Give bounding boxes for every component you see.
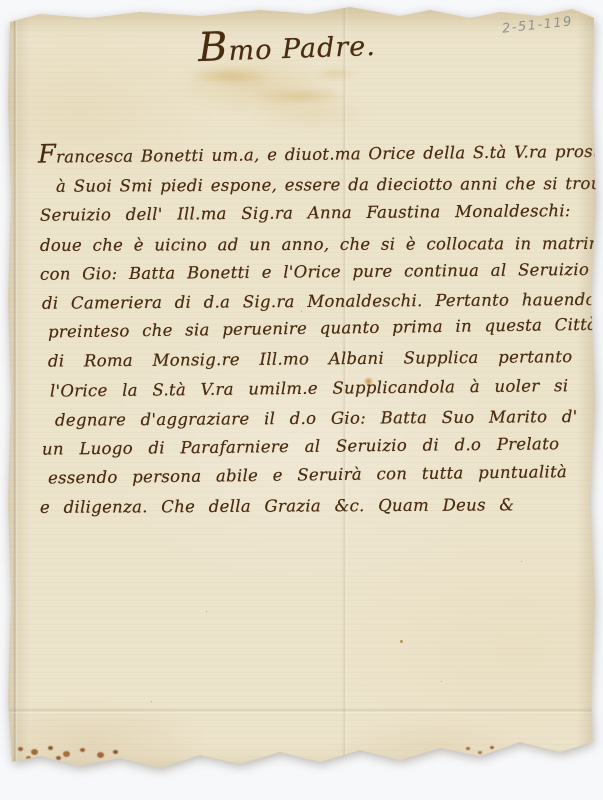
letter-heading: Bmo Padre.	[197, 19, 376, 71]
paper-specks	[400, 640, 403, 643]
letter-line-3: Seruizio dell' Ill.ma Sig.ra Anna Fausti…	[8, 196, 588, 230]
letter-line-9: l'Orice la S.tà V.ra umilm.e Supplicando…	[8, 371, 588, 406]
paper-shadow: Bmo Padre. 2-51-119 Francesca Bonetti um…	[0, 0, 603, 800]
letter-line-13: e diligenza. Che della Grazia &c. Quam D…	[8, 490, 588, 522]
archive-number-pencil: 2-51-119	[501, 14, 573, 36]
stain-bottom-center	[466, 747, 470, 750]
stain-bottom-left	[18, 747, 23, 751]
letter-line-1: Francesca Bonetti um.a, e diuot.ma Orice…	[8, 135, 588, 172]
letter-line-12: essendo persona abile e Seruirà con tutt…	[8, 457, 588, 493]
scanned-letter: Bmo Padre. 2-51-119 Francesca Bonetti um…	[0, 0, 603, 800]
manuscript-page: Bmo Padre. 2-51-119 Francesca Bonetti um…	[0, 0, 603, 800]
letter-line-5: con Gio: Batta Bonetti e l'Orice pure co…	[8, 255, 588, 289]
letter-body: Francesca Bonetti um.a, e diuot.ma Orice…	[8, 141, 588, 523]
fold-crease-bottom	[0, 708, 603, 714]
